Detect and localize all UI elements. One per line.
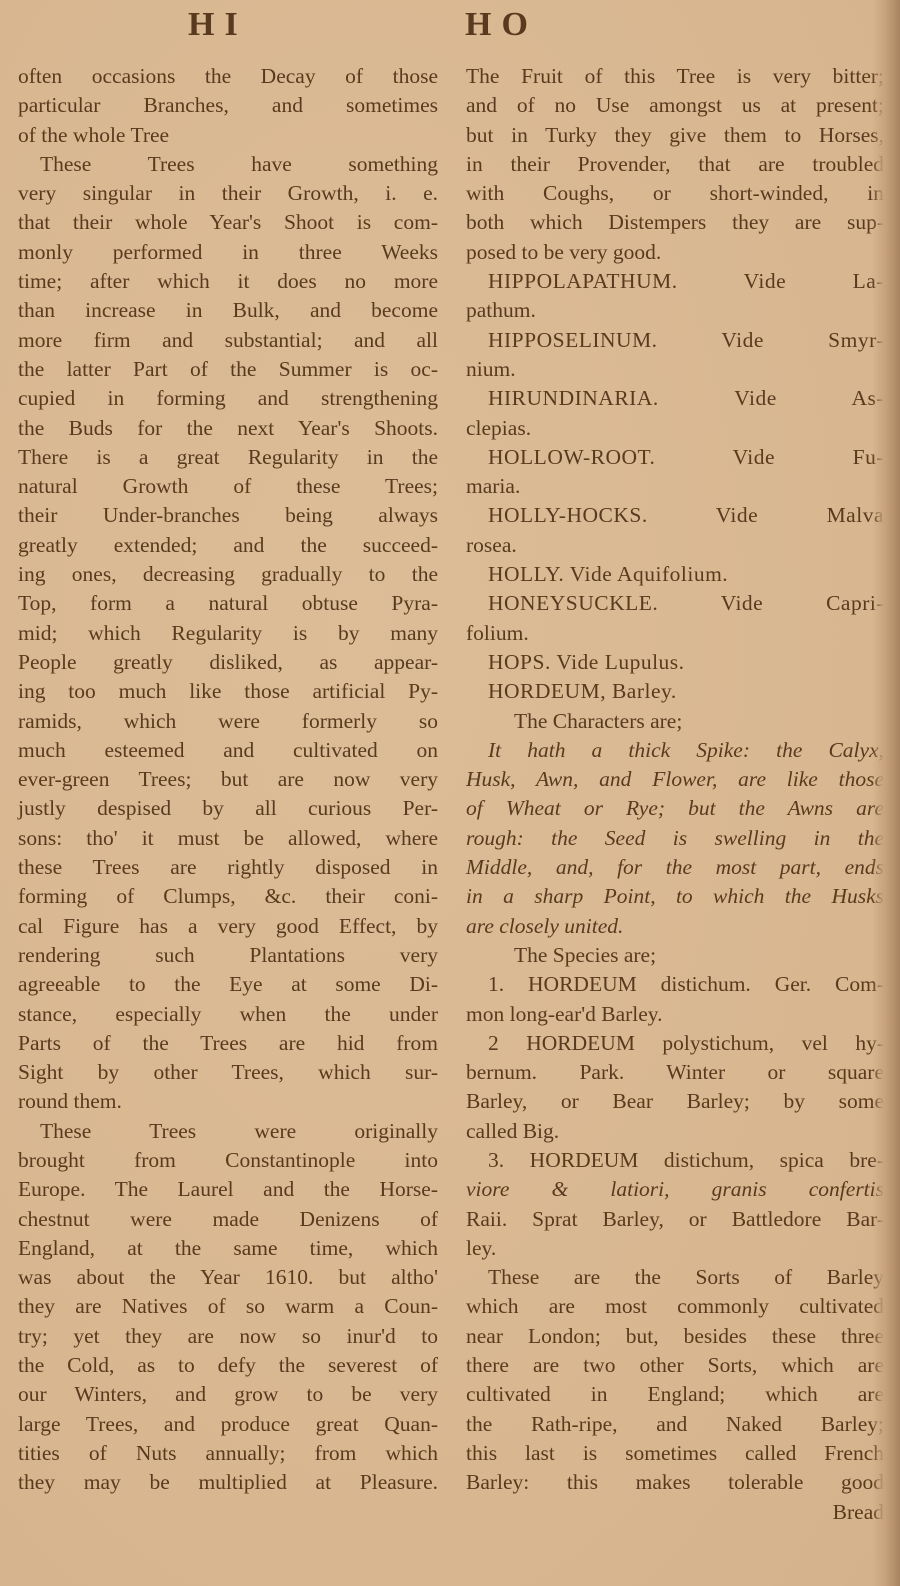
text-line: sons: tho' it must be allowed, where	[18, 824, 438, 853]
text-line: that their whole Year's Shoot is com-	[18, 208, 438, 237]
dictionary-entry: HIPPOSELINUM. Vide Smyr-	[466, 326, 884, 355]
text-line: the Rath-ripe, and Naked Barley;	[466, 1410, 884, 1439]
text-line: These Trees were originally	[18, 1117, 438, 1146]
dictionary-entry: HOLLY-HOCKS. Vide Malva	[466, 501, 884, 530]
text-line: very singular in their Growth, i. e.	[18, 179, 438, 208]
text-line: There is a great Regularity in the	[18, 443, 438, 472]
text-line: and of no Use amongst us at present;	[466, 91, 884, 120]
text-line: in their Provender, that are troubled	[466, 150, 884, 179]
text-line: ing ones, decreasing gradually to the	[18, 560, 438, 589]
text-line: Raii. Sprat Barley, or Battledore Bar-	[466, 1205, 884, 1234]
text-line: there are two other Sorts, which are	[466, 1351, 884, 1380]
text-line: they are Natives of so warm a Coun-	[18, 1292, 438, 1321]
text-line: The Fruit of this Tree is very bitter;	[466, 62, 884, 91]
dictionary-entry: HOLLY. Vide Aquifolium.	[466, 560, 884, 589]
text-line: time; after which it does no more	[18, 267, 438, 296]
text-line: nium.	[466, 355, 884, 384]
text-line: with Coughs, or short-winded, in	[466, 179, 884, 208]
text-line: more firm and substantial; and all	[18, 326, 438, 355]
text-line: both which Distempers they are sup-	[466, 208, 884, 237]
text-line: posed to be very good.	[466, 238, 884, 267]
text-line: Barley, or Bear Barley; by some	[466, 1087, 884, 1116]
running-header-right: HO	[465, 6, 538, 44]
text-line: Top, form a natural obtuse Pyra-	[18, 589, 438, 618]
left-column: often occasions the Decay of those parti…	[18, 62, 438, 1498]
text-line: pathum.	[466, 296, 884, 325]
text-line: of Wheat or Rye; but the Awns are	[466, 794, 884, 823]
text-line: England, at the same time, which	[18, 1234, 438, 1263]
text-line: bernum. Park. Winter or square	[466, 1058, 884, 1087]
text-line: particular Branches, and sometimes	[18, 91, 438, 120]
text-line: Parts of the Trees are hid from	[18, 1029, 438, 1058]
dictionary-entry: HIRUNDINARIA. Vide As-	[466, 384, 884, 413]
text-line: These Trees have something	[18, 150, 438, 179]
text-line: monly performed in three Weeks	[18, 238, 438, 267]
text-line: much esteemed and cultivated on	[18, 736, 438, 765]
text-line: our Winters, and grow to be very	[18, 1380, 438, 1409]
text-line: mid; which Regularity is by many	[18, 619, 438, 648]
running-header-left: HI	[188, 6, 248, 44]
text-line: ley.	[466, 1234, 884, 1263]
text-line: natural Growth of these Trees;	[18, 472, 438, 501]
text-line: ever-green Trees; but are now very	[18, 765, 438, 794]
text-line: Sight by other Trees, which sur-	[18, 1058, 438, 1087]
dictionary-entry: HONEYSUCKLE. Vide Capri-	[466, 589, 884, 618]
section-heading: The Species are;	[466, 941, 884, 970]
text-line: viore & latiori, granis confertis	[466, 1175, 884, 1204]
text-line: It hath a thick Spike: the Calyx,	[466, 736, 884, 765]
right-column: The Fruit of this Tree is very bitter; a…	[466, 62, 884, 1527]
text-line: was about the Year 1610. but altho'	[18, 1263, 438, 1292]
text-line: often occasions the Decay of those	[18, 62, 438, 91]
page-gutter-shadow	[884, 0, 900, 1586]
text-line: brought from Constantinople into	[18, 1146, 438, 1175]
text-line: called Big.	[466, 1117, 884, 1146]
text-line: the latter Part of the Summer is oc-	[18, 355, 438, 384]
text-line: Middle, and, for the most part, ends	[466, 853, 884, 882]
text-line: rendering such Plantations very	[18, 941, 438, 970]
text-line: they may be multiplied at Pleasure.	[18, 1468, 438, 1497]
text-line: their Under-branches being always	[18, 501, 438, 530]
text-line: Barley: this makes tolerable good	[466, 1468, 884, 1497]
text-line: greatly extended; and the succeed-	[18, 531, 438, 560]
text-line: forming of Clumps, &c. their coni-	[18, 882, 438, 911]
text-line: folium.	[466, 619, 884, 648]
text-line: rough: the Seed is swelling in the	[466, 824, 884, 853]
text-line: cupied in forming and strengthening	[18, 384, 438, 413]
section-heading: The Characters are;	[466, 707, 884, 736]
page-edge-fade	[872, 0, 884, 1586]
text-line: agreeable to the Eye at some Di-	[18, 970, 438, 999]
text-line: of the whole Tree	[18, 121, 438, 150]
text-line: large Trees, and produce great Quan-	[18, 1410, 438, 1439]
text-line: These are the Sorts of Barley	[466, 1263, 884, 1292]
text-line: Europe. The Laurel and the Horse-	[18, 1175, 438, 1204]
text-line: round them.	[18, 1087, 438, 1116]
text-line: clepias.	[466, 414, 884, 443]
book-page: HI HO often occasions the Decay of those…	[0, 0, 900, 1586]
text-line: the Buds for the next Year's Shoots.	[18, 414, 438, 443]
text-line: try; yet they are now so inur'd to	[18, 1322, 438, 1351]
dictionary-entry: HORDEUM, Barley.	[466, 677, 884, 706]
text-line: cal Figure has a very good Effect, by	[18, 912, 438, 941]
species-item: 1. HORDEUM distichum. Ger. Com-	[466, 970, 884, 999]
text-line: in a sharp Point, to which the Husks	[466, 882, 884, 911]
text-line: justly despised by all curious Per-	[18, 794, 438, 823]
text-line: ing too much like those artificial Py-	[18, 677, 438, 706]
text-line: are closely united.	[466, 912, 884, 941]
text-line: rosea.	[466, 531, 884, 560]
text-line: People greatly disliked, as appear-	[18, 648, 438, 677]
text-line: cultivated in England; which are	[466, 1380, 884, 1409]
text-line: this last is sometimes called French	[466, 1439, 884, 1468]
text-line: stance, especially when the under	[18, 1000, 438, 1029]
dictionary-entry: HOPS. Vide Lupulus.	[466, 648, 884, 677]
text-line: tities of Nuts annually; from which	[18, 1439, 438, 1468]
species-item: 3. HORDEUM distichum, spica bre-	[466, 1146, 884, 1175]
catchword: Bread	[466, 1498, 884, 1527]
text-line: Husk, Awn, and Flower, are like those	[466, 765, 884, 794]
text-line: ramids, which were formerly so	[18, 707, 438, 736]
species-item: 2 HORDEUM polystichum, vel hy-	[466, 1029, 884, 1058]
text-line: mon long-ear'd Barley.	[466, 1000, 884, 1029]
text-line: chestnut were made Denizens of	[18, 1205, 438, 1234]
text-line: than increase in Bulk, and become	[18, 296, 438, 325]
dictionary-entry: HIPPOLAPATHUM. Vide La-	[466, 267, 884, 296]
text-line: which are most commonly cultivated	[466, 1292, 884, 1321]
text-line: these Trees are rightly disposed in	[18, 853, 438, 882]
text-line: but in Turky they give them to Horses,	[466, 121, 884, 150]
dictionary-entry: HOLLOW-ROOT. Vide Fu-	[466, 443, 884, 472]
text-line: the Cold, as to defy the severest of	[18, 1351, 438, 1380]
text-line: maria.	[466, 472, 884, 501]
text-line: near London; but, besides these three	[466, 1322, 884, 1351]
